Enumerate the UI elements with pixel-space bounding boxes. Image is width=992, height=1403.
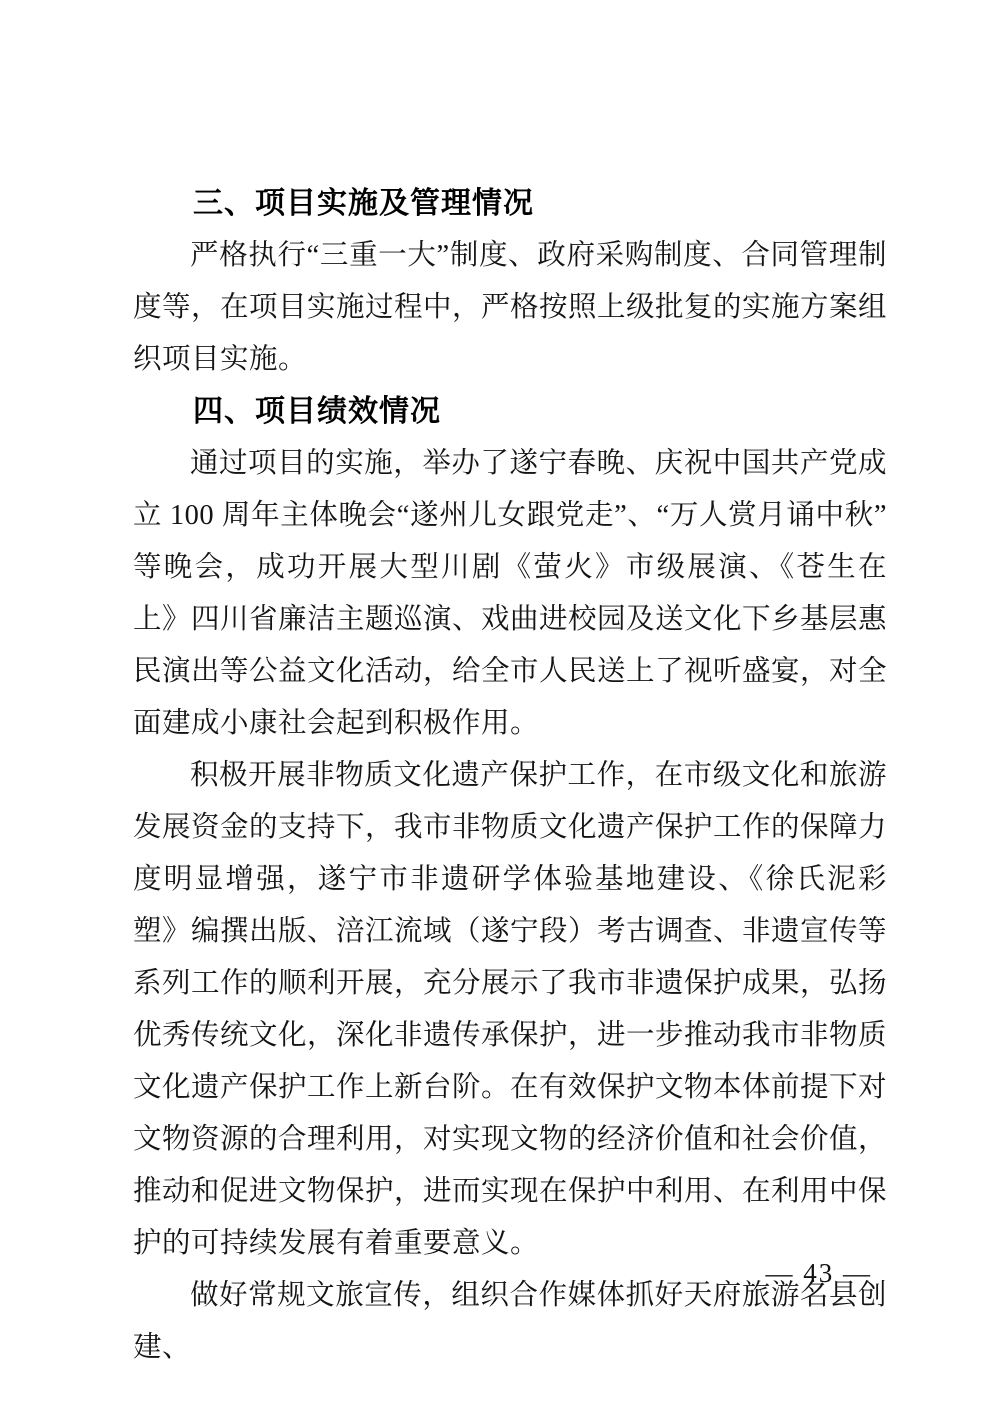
document-page: 三、项目实施及管理情况 严格执行“三重一大”制度、政府采购制度、合同管理制度等，…	[0, 0, 992, 1403]
paragraph-performance-events: 通过项目的实施，举办了遂宁春晚、庆祝中国共产党成立 100 周年主体晚会“遂州儿…	[133, 438, 887, 750]
document-content: 三、项目实施及管理情况 严格执行“三重一大”制度、政府采购制度、合同管理制度等，…	[133, 178, 887, 1374]
section-heading-project-implementation: 三、项目实施及管理情况	[133, 178, 887, 230]
section-heading-project-performance: 四、项目绩效情况	[133, 386, 887, 438]
paragraph-implementation-management: 严格执行“三重一大”制度、政府采购制度、合同管理制度等，在项目实施过程中，严格按…	[133, 230, 887, 386]
paragraph-intangible-heritage: 积极开展非物质文化遗产保护工作，在市级文化和旅游发展资金的支持下，我市非物质文化…	[133, 750, 887, 1270]
page-number: — 43 —	[766, 1256, 873, 1290]
